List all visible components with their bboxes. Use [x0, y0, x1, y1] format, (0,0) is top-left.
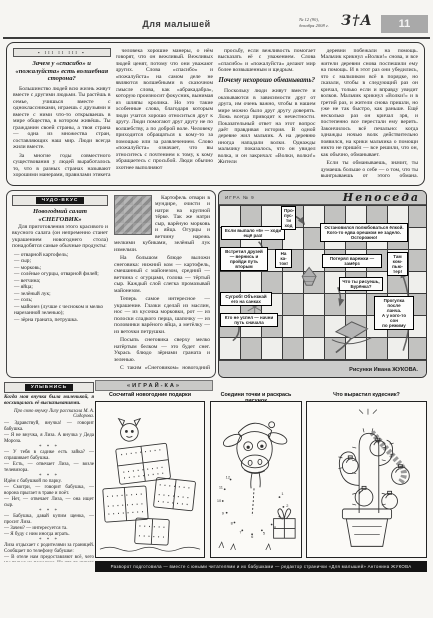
- game-instruction: Встретил друзей — вернись и пройди путь …: [220, 247, 268, 271]
- ingredient-item: — зёрна граната, петрушка.: [14, 317, 108, 323]
- article-paragraph: человека хорошие манеры, о нём говорят, …: [116, 48, 214, 171]
- issue-date: декабря 2008 г.: [299, 23, 329, 29]
- article-paragraph: Поскольку люди живут вместе и оказываютс…: [218, 88, 316, 166]
- kids-intro: Когда моя внучка была маленькой, я восхи…: [4, 395, 94, 407]
- cactus-panel: [306, 401, 427, 558]
- dot-number: 5: [263, 530, 266, 535]
- article-paragraph: просьбу, если вежливость помогает высказ…: [218, 48, 316, 74]
- game-label: ИГРА № 9: [225, 195, 255, 200]
- recipe-step: С таким «Снеговиком» новогодний стол ста…: [114, 365, 210, 373]
- kids-sayings-section: УЛЫБНИСЬ Когда моя внучка была маленькой…: [4, 382, 94, 562]
- recipe-section: ЧУДО-ВКУС Новогодний салат «СНЕГОВИК» Дл…: [6, 190, 216, 378]
- article-paragraph: За многие годы совместного существования…: [13, 153, 111, 180]
- article-paragraph: Большинство людей всю жизнь живут вместе…: [13, 86, 111, 151]
- kids-quote: — Бабушка, давай купим щенка, — просит Л…: [4, 514, 94, 538]
- section-header-play: «ИГРАЙ-КА»: [95, 380, 213, 391]
- sled-icon: [332, 322, 372, 344]
- board-game-section: ИГРА № 9 Непоседа: [218, 190, 427, 378]
- recipe-step: Теперь самое интересное — украшение. Гла…: [114, 296, 210, 335]
- game-instruction: Потерял варежки — замёрз: [322, 254, 382, 268]
- recipe-step: Посыпь снеговика сверху мелко натёртым б…: [114, 337, 210, 363]
- salad-photo: [114, 195, 152, 235]
- game-instruction: Кто не успел — начни путь сначала: [220, 313, 278, 327]
- dot-number: 6: [251, 534, 253, 539]
- section-label: ЧУДО-ВКУС: [36, 197, 85, 204]
- article-paragraph: Если ты обманываешь, значит, ты думаешь …: [321, 160, 419, 180]
- dot-number: 9: [222, 511, 224, 516]
- dot-number: 10: [217, 498, 222, 503]
- ingredient-item: — майонез (лучше с чесноком и мелко наре…: [14, 304, 108, 317]
- cactus-drawing: [307, 402, 426, 557]
- dot-number: 11: [219, 484, 223, 489]
- game-instruction: Что ты рисуешь, Бурёнка?: [339, 277, 383, 291]
- game-instruction: Прогулка после ланча. А у кого-то сон по…: [374, 296, 414, 330]
- illustrator-credit: Рисунки Ивана ЖУКОВА.: [219, 361, 426, 378]
- article-column-4: деревни побежали на помощь. Мальчик крик…: [321, 48, 419, 180]
- panel-caption-gifts: Сосчитай новогодние подарки: [95, 392, 205, 398]
- game-title: Непоседа: [343, 191, 420, 204]
- kids-quote: Лиза отдыхает с родителями за границей. …: [4, 543, 94, 562]
- dot-number: 1: [281, 491, 283, 496]
- kids-quote: — У тебя в садике есть зайка? — спрашива…: [4, 450, 94, 474]
- gifts-drawing: [96, 402, 204, 557]
- ornament-strip: ▪ ІІІ ІІ ІІІ ▪: [13, 48, 111, 57]
- dot-number: 7: [239, 529, 241, 534]
- kids-quote: Идём с бабушкой по парку. — Смотри, — го…: [4, 479, 94, 508]
- article-title: Зачем у «спасибо» и «пожалуйста» есть во…: [13, 60, 111, 83]
- play-section-label: «ИГРАЙ-КА»: [127, 383, 181, 389]
- kids-credit: Про свою внучку Лизу рассказала М. А. Си…: [4, 409, 94, 419]
- recipe-title-line1: Новогодний салат: [12, 208, 108, 216]
- arrow-icon: [336, 327, 360, 353]
- section-header-recipe: ЧУДО-ВКУС: [12, 195, 108, 206]
- connect-dots-panel: 1 2 3 4 5 6 7 8 9 10 11 12: [210, 401, 302, 558]
- page-number-badge: 11: [381, 15, 428, 33]
- dot-number: 12: [226, 475, 230, 480]
- article-title-2: Почему нехорошо обманывать?: [218, 77, 316, 85]
- recipe-title-line2: «СНЕГОВИК»: [12, 216, 108, 224]
- footer-credit: Разворот подготовила — вместе с юными чи…: [95, 561, 427, 572]
- dot-number: 8: [231, 521, 233, 526]
- article-politeness: ▪ ІІІ ІІ ІІІ ▪ Зачем у «спасибо» и «пожа…: [6, 42, 425, 186]
- recipe-column-2: Картофель отвари в мундире, очисти и нат…: [114, 195, 210, 373]
- game-instruction: Сугроб! Объезжай его на санках: [220, 292, 272, 306]
- game-header-band: ИГРА № 9 Непоседа: [219, 191, 426, 205]
- pinecone-icon: [302, 267, 316, 285]
- section-header-kids: УЛЫБНИСЬ: [4, 382, 94, 393]
- article-column-2: человека хорошие манеры, о нём говорят, …: [116, 48, 214, 180]
- game-instruction: Если выпало «6» — ходи ещё раз!: [221, 226, 285, 240]
- connect-dots-drawing: 1 2 3 4 5 6 7 8 9 10 11 12: [211, 402, 301, 557]
- header-divider: [3, 37, 430, 39]
- newspaper-page: Для малышей № 12 (90), декабря 2008 г. З…: [0, 0, 433, 618]
- panel-caption-cactus: Что вырастил кудесник?: [306, 392, 427, 398]
- game-board: Если выпало «6» — ходи ещё раз! Про- пус…: [219, 205, 426, 361]
- kids-section-label: УЛЫБНИСЬ: [25, 384, 73, 391]
- game-instruction: Остановился полюбоваться ёлкой. Кого-то …: [320, 223, 408, 242]
- counting-gifts-panel: [95, 401, 205, 558]
- game-instruction: Про- пус- ти ход: [281, 206, 296, 230]
- recipe-step: На большом блюде выложи снеговика: нижни…: [114, 255, 210, 294]
- article-paragraph: деревни побежали на помощь. Мальчик крик…: [321, 48, 419, 158]
- issue-info: № 12 (90), декабря 2008 г.: [299, 17, 329, 28]
- ingredient-item: — солёные огурцы, отварной филей;: [14, 271, 108, 277]
- article-column-3: просьбу, если вежливость помогает высказ…: [218, 48, 316, 180]
- newspaper-logo: З†А: [341, 13, 373, 29]
- game-instruction: На ка- ток!: [275, 249, 292, 268]
- recipe-intro: Для приготовления этого красивого и вкус…: [12, 224, 108, 250]
- article-column-1: ▪ ІІІ ІІ ІІІ ▪ Зачем у «спасибо» и «пожа…: [13, 48, 111, 180]
- recipe-column-1: ЧУДО-ВКУС Новогодний салат «СНЕГОВИК» Дл…: [12, 195, 108, 373]
- kids-quote: — Здравствуй, внучка! — говорит бабушка.…: [4, 421, 94, 445]
- dot-number: 3: [281, 516, 283, 521]
- dot-number: 2: [286, 503, 288, 508]
- game-instruction: Там ком- пью- тер!: [387, 252, 408, 276]
